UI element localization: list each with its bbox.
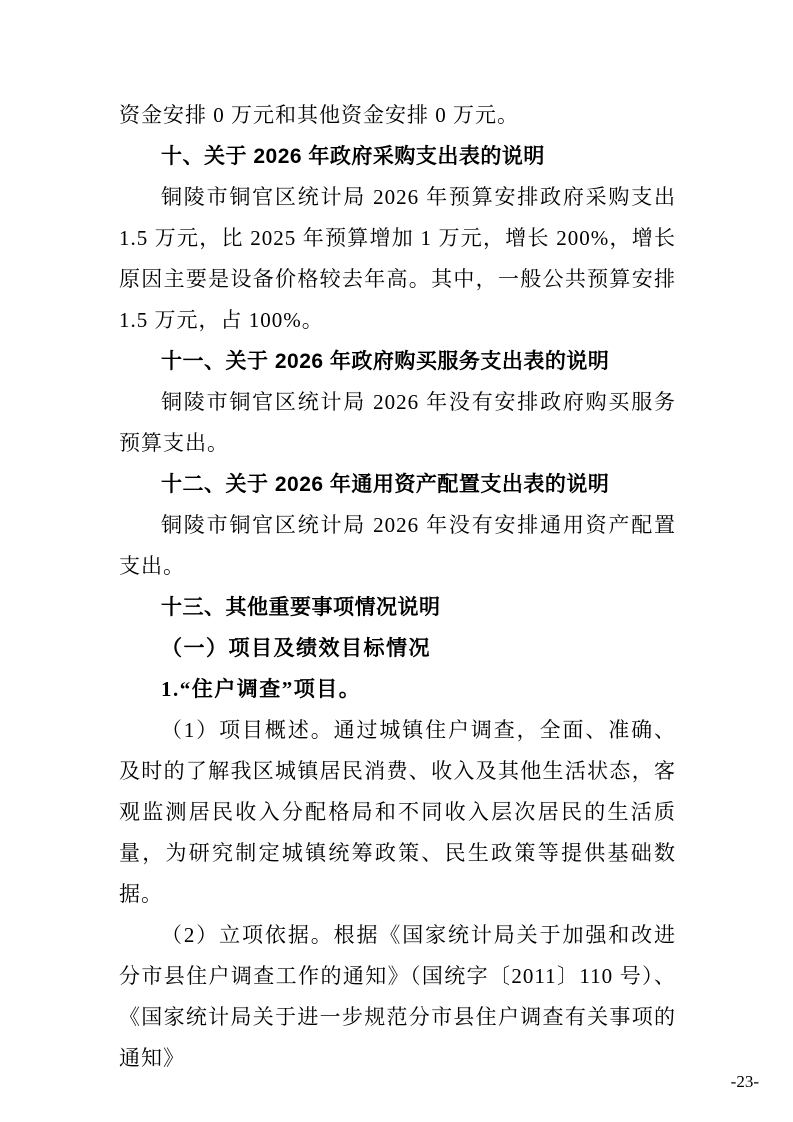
document-page: 资金安排 0 万元和其他资金安排 0 万元。 十、关于 2026 年政府采购支出… [0,0,793,1122]
paragraph: 铜陵市铜官区统计局 2026 年没有安排政府购买服务预算支出。 [119,382,676,464]
section-heading-11: 十一、关于 2026 年政府购买服务支出表的说明 [119,341,676,382]
section-heading-13: 十三、其他重要事项情况说明 [119,587,676,628]
paragraph: 铜陵市铜官区统计局 2026 年没有安排通用资产配置支出。 [119,505,676,587]
section-heading-12: 十二、关于 2026 年通用资产配置支出表的说明 [119,464,676,505]
paragraph: （2）立项依据。根据《国家统计局关于加强和改进分市县住户调查工作的通知》（国统字… [119,915,676,1079]
paragraph-continued: 资金安排 0 万元和其他资金安排 0 万元。 [119,95,676,136]
paragraph: 铜陵市铜官区统计局 2026 年预算安排政府采购支出 1.5 万元，比 2025… [119,177,676,341]
paragraph: （1）项目概述。通过城镇住户调查，全面、准确、及时的了解我区城镇居民消费、收入及… [119,710,676,915]
page-number: -23- [731,1072,759,1092]
section-heading-10: 十、关于 2026 年政府采购支出表的说明 [119,136,676,177]
document-body: 资金安排 0 万元和其他资金安排 0 万元。 十、关于 2026 年政府采购支出… [119,95,676,1079]
subsection-heading: （一）项目及绩效目标情况 [119,628,676,669]
item-heading: 1.“住户调查”项目。 [119,669,676,710]
